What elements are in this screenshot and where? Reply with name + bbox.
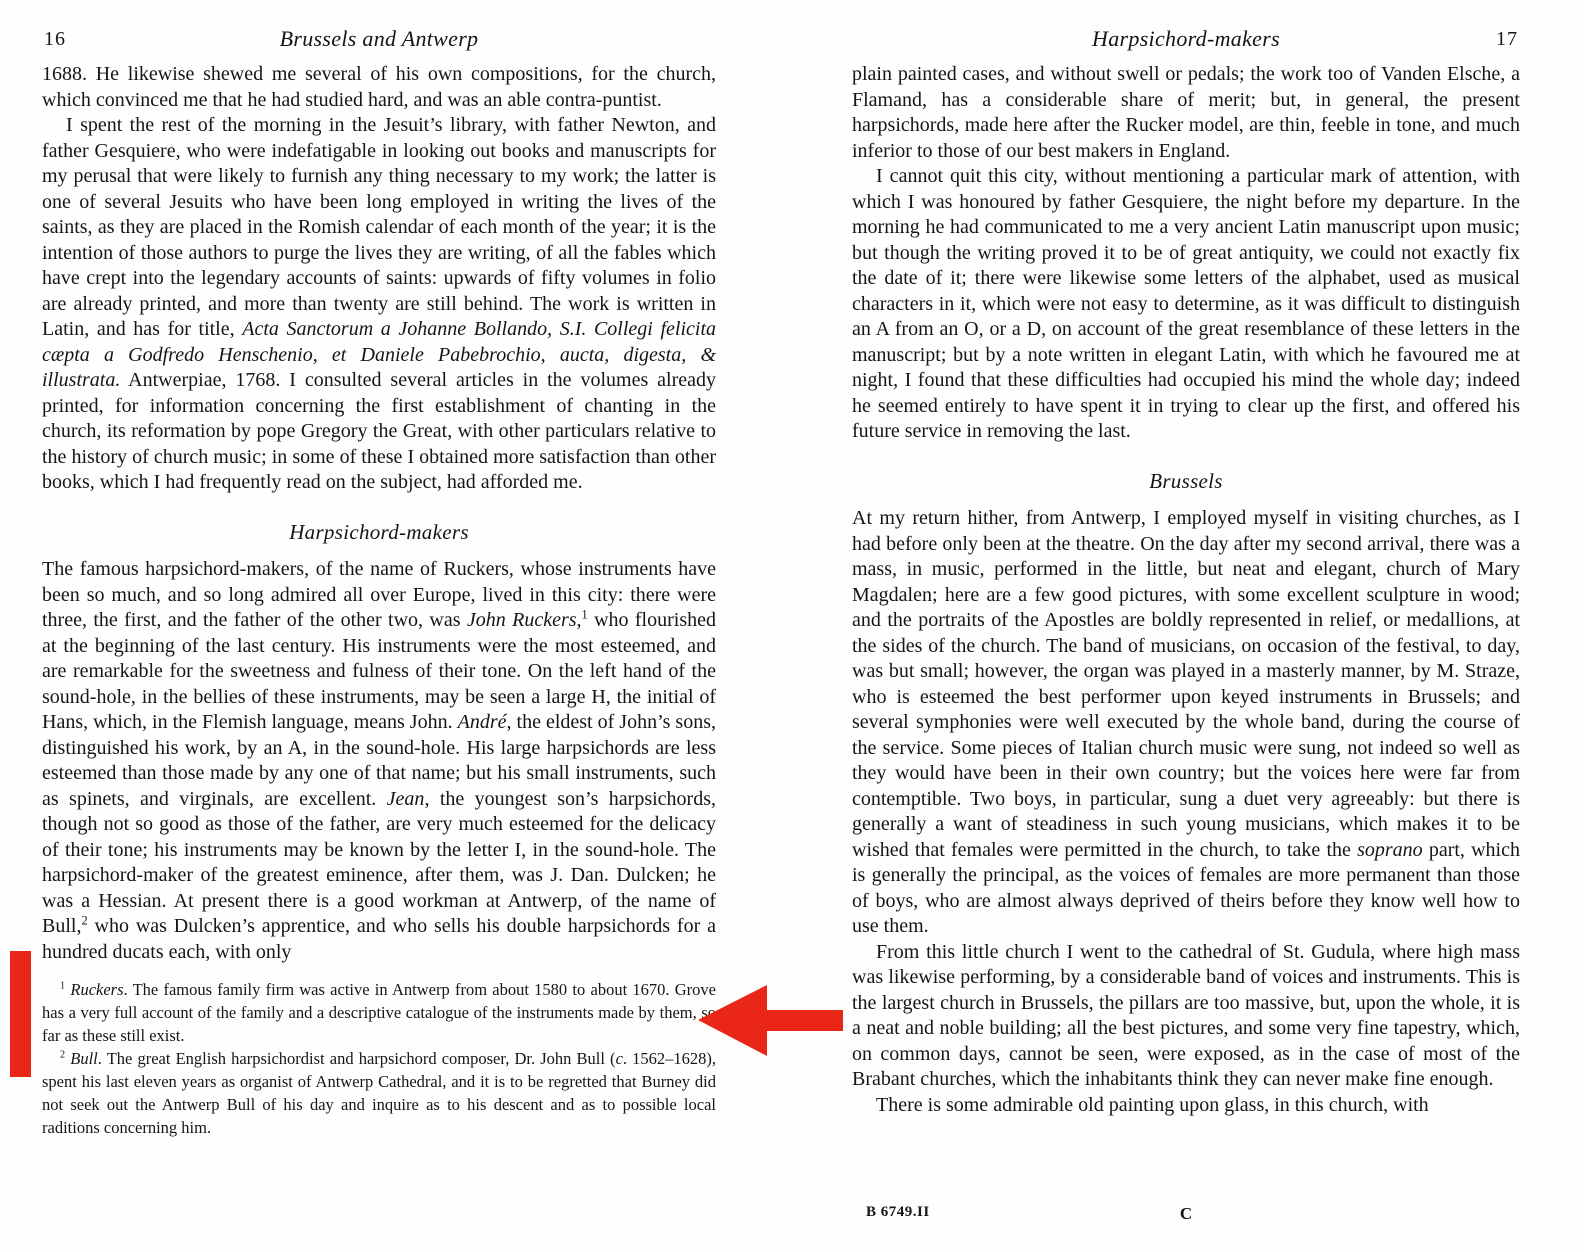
book-spread: 16 Brussels and Antwerp 1688. He likewis… [0, 0, 1584, 1252]
right-page-body: plain painted cases, and without swell o… [852, 62, 1520, 1118]
text-run: At my return hither, from Antwerp, I emp… [852, 507, 1520, 861]
left-running-title: Brussels and Antwerp [42, 26, 716, 52]
italic-text: John Ruckers [467, 609, 577, 631]
italic-text: soprano [1357, 839, 1423, 861]
text-run: . The great English harpsichordist and h… [98, 1049, 616, 1068]
paragraph: 1688. He likewise shewed me several of h… [42, 62, 716, 113]
paragraph: There is some admirable old painting upo… [852, 1093, 1520, 1119]
italic-text: Ruckers [70, 980, 123, 999]
right-running-title: Harpsichord-makers [852, 26, 1520, 52]
right-page: Harpsichord-makers 17 plain painted case… [852, 26, 1520, 1118]
signature-mark: C [852, 1204, 1520, 1224]
text-run: From this little church I went to the ca… [852, 941, 1520, 1091]
text-run: who was Dulcken’s apprentice, and who se… [42, 915, 716, 963]
paragraph: I cannot quit this city, without mention… [852, 164, 1520, 445]
text-run: Antwerpiae, 1768. I consulted several ar… [42, 369, 716, 493]
section-heading: Brussels [852, 469, 1520, 495]
italic-text: Bull [70, 1049, 98, 1068]
margin-highlight-bar [10, 951, 31, 1077]
text-run: 1688. He likewise shewed me several of h… [42, 63, 716, 111]
text-run: There is some admirable old painting upo… [876, 1094, 1429, 1116]
right-page-footer: B 6749.II C [852, 1202, 1520, 1230]
left-page-footnotes: 1 Ruckers. The famous family firm was ac… [42, 978, 716, 1139]
paragraph: From this little church I went to the ca… [852, 940, 1520, 1093]
paragraph: I spent the rest of the morning in the J… [42, 113, 716, 496]
left-page-number: 16 [44, 28, 66, 51]
right-page-header: Harpsichord-makers 17 [852, 26, 1520, 58]
footnote: 2 Bull. The great English harpsichordist… [42, 1047, 716, 1139]
right-page-number: 17 [1496, 28, 1518, 51]
left-page: 16 Brussels and Antwerp 1688. He likewis… [42, 26, 716, 1139]
footnote: 1 Ruckers. The famous family firm was ac… [42, 978, 716, 1047]
italic-text: André [458, 711, 507, 733]
section-heading: Harpsichord-makers [42, 520, 716, 546]
italic-text: c [616, 1049, 623, 1068]
text-run: I spent the rest of the morning in the J… [42, 114, 716, 340]
paragraph: plain painted cases, and without swell o… [852, 62, 1520, 164]
paragraph: At my return hither, from Antwerp, I emp… [852, 506, 1520, 940]
italic-text: Jean [387, 788, 425, 810]
red-arrow-icon [698, 985, 843, 1056]
text-run: plain painted cases, and without swell o… [852, 63, 1520, 162]
left-page-body: 1688. He likewise shewed me several of h… [42, 62, 716, 965]
left-page-header: 16 Brussels and Antwerp [42, 26, 716, 58]
text-run: . The famous family firm was active in A… [42, 980, 716, 1045]
paragraph: The famous harpsichord-makers, of the na… [42, 557, 716, 965]
text-run: I cannot quit this city, without mention… [852, 165, 1520, 442]
